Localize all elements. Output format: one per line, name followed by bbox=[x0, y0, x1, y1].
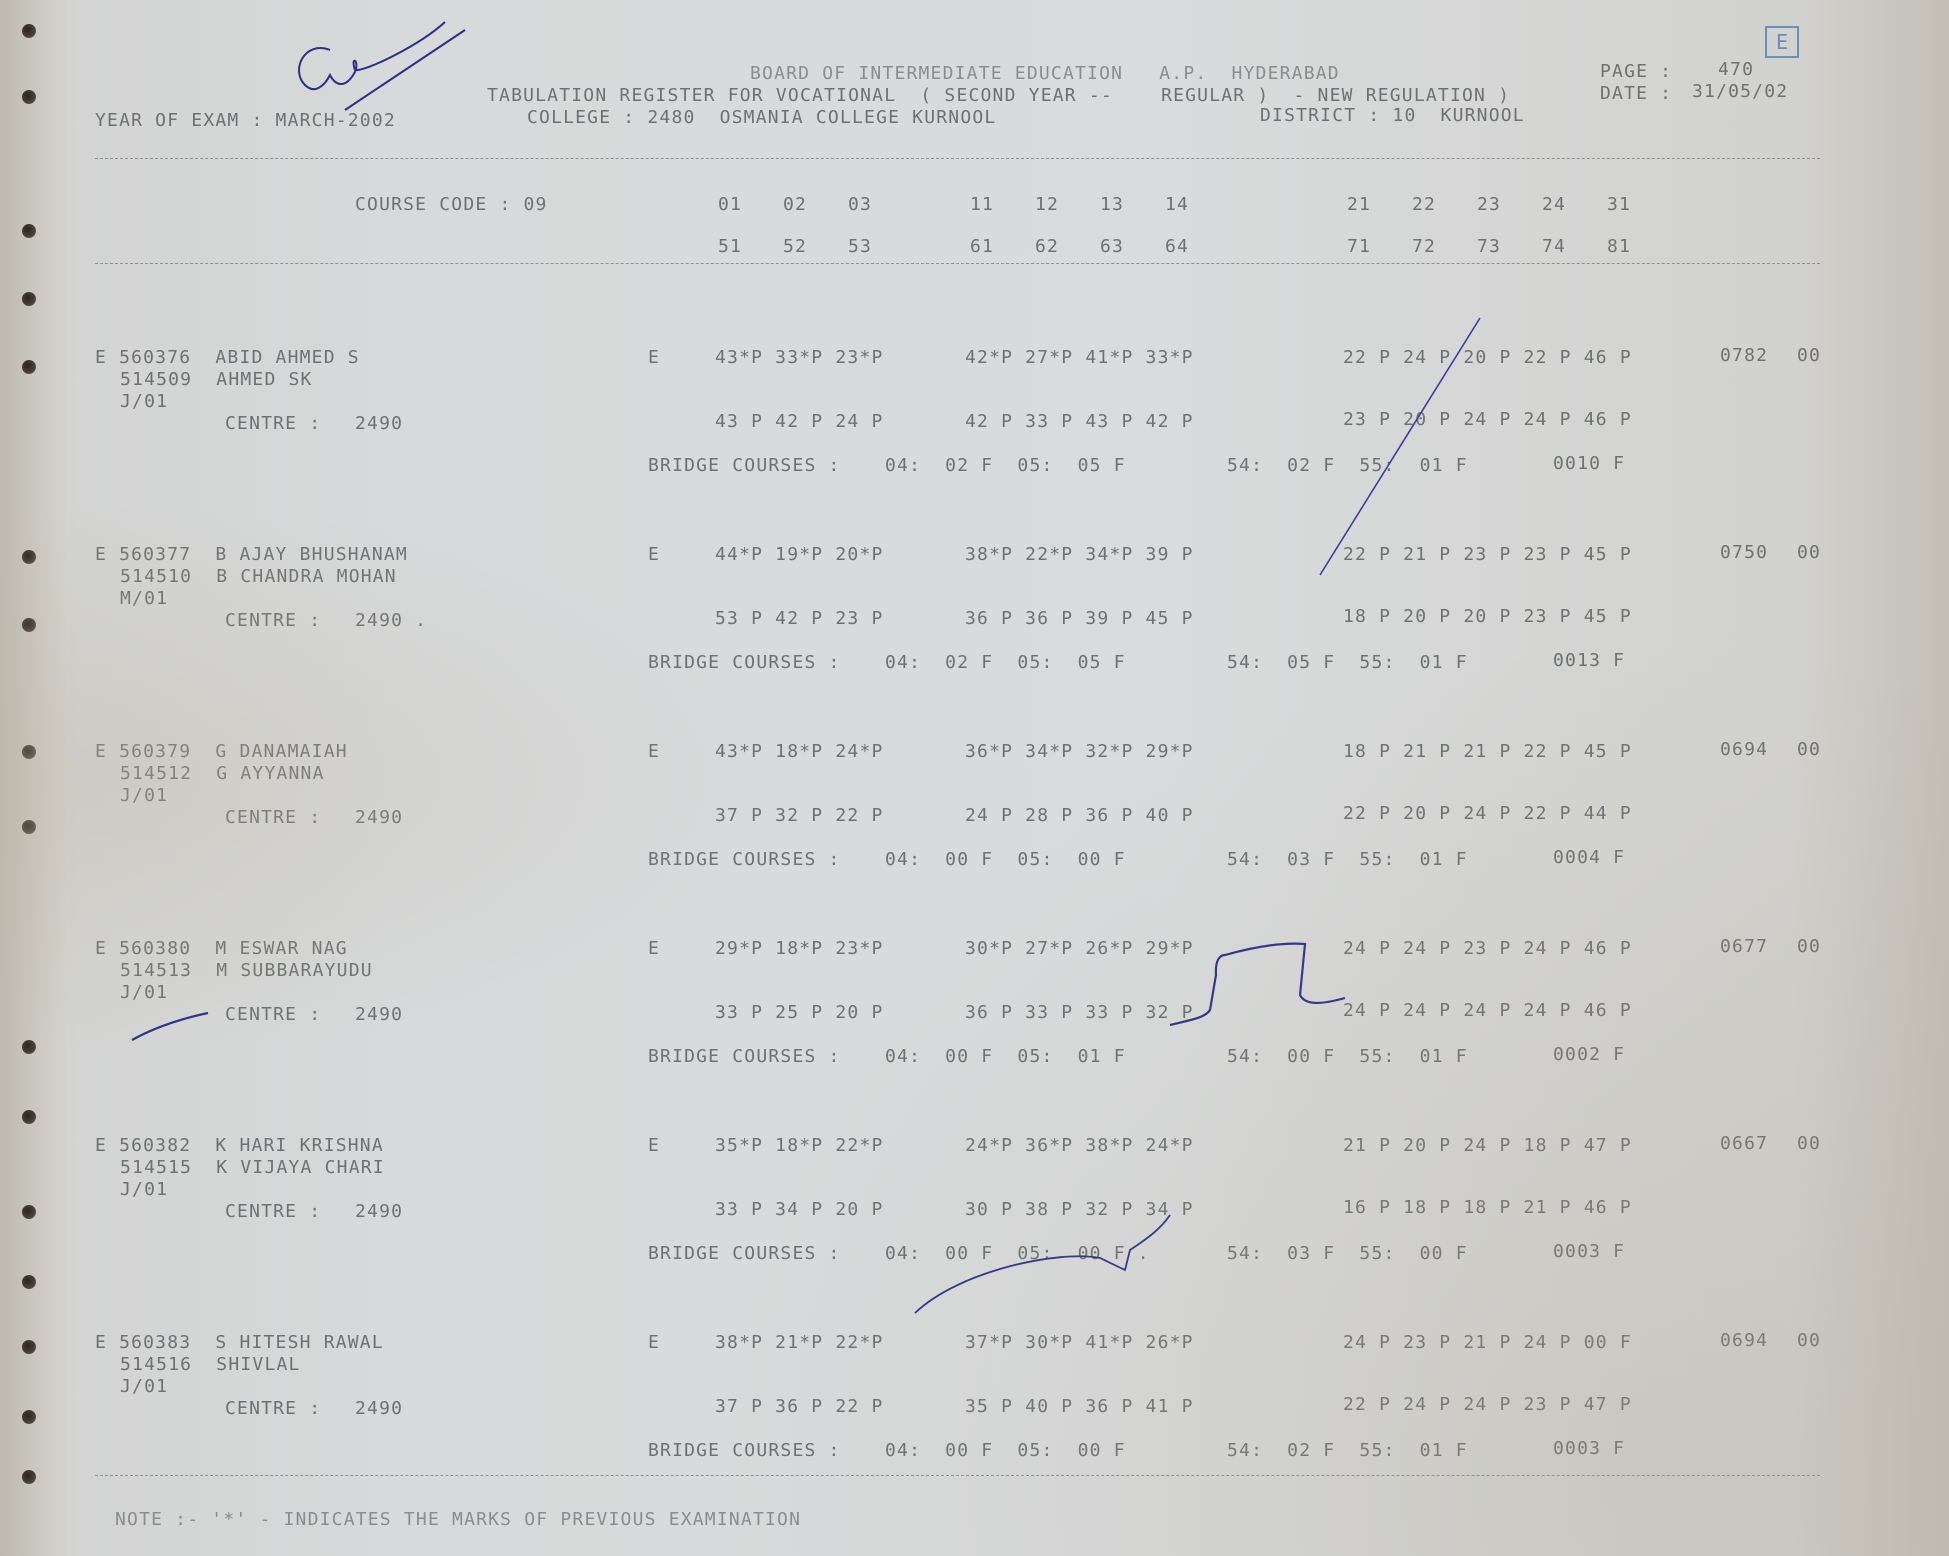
course-code-cell: 71 bbox=[1347, 237, 1371, 257]
student-roll-name: E 560379 G DANAMAIAH bbox=[95, 742, 348, 762]
marks-first-year-g1: 43*P 18*P 24*P bbox=[715, 742, 884, 762]
bridge-courses-a: 04: 02 F 05: 05 F bbox=[885, 653, 1126, 673]
result-code: 00 bbox=[1797, 346, 1821, 366]
total-marks: 0694 bbox=[1720, 1331, 1768, 1351]
course-code-cell: 02 bbox=[783, 195, 807, 215]
student-roll-name: E 560377 B AJAY BHUSHANAM bbox=[95, 545, 408, 565]
student-regno-father: 514510 B CHANDRA MOHAN bbox=[120, 567, 397, 587]
course-code-cell: 72 bbox=[1412, 237, 1436, 257]
total-marks: 0782 bbox=[1720, 346, 1768, 366]
punch-hole bbox=[22, 292, 36, 306]
page-number: 470 bbox=[1718, 60, 1754, 80]
bridge-courses-a: 04: 00 F 05: 00 F bbox=[885, 1441, 1126, 1461]
marks-second-year-g1: 43 P 42 P 24 P bbox=[715, 412, 884, 432]
board-title: BOARD OF INTERMEDIATE EDUCATION A.P. HYD… bbox=[750, 64, 1340, 84]
student-regno-father: 514516 SHIVLAL bbox=[120, 1355, 301, 1375]
page-label: PAGE : bbox=[1600, 62, 1672, 82]
bridge-courses-label: BRIDGE COURSES : bbox=[648, 456, 841, 476]
centre-code: 2490 bbox=[355, 1399, 403, 1419]
centre-code: 2490 bbox=[355, 414, 403, 434]
punch-hole bbox=[22, 1275, 36, 1289]
centre-label: CENTRE : bbox=[225, 1005, 321, 1025]
marks-first-year-g2: 36*P 34*P 32*P 29*P bbox=[965, 742, 1194, 762]
marks-second-year-g2: 30 P 38 P 32 P 34 P bbox=[965, 1200, 1194, 1220]
student-roll-name: E 560376 ABID AHMED S bbox=[95, 348, 360, 368]
centre-code: 2490 bbox=[355, 808, 403, 828]
punch-hole bbox=[22, 1410, 36, 1424]
centre-label: CENTRE : bbox=[225, 1399, 321, 1419]
result-code: 00 bbox=[1797, 543, 1821, 563]
course-code-cell: 73 bbox=[1477, 237, 1501, 257]
bridge-courses-label: BRIDGE COURSES : bbox=[648, 653, 841, 673]
marks-first-year-g1: 29*P 18*P 23*P bbox=[715, 939, 884, 959]
punch-hole bbox=[22, 745, 36, 759]
exam-flag: E bbox=[648, 348, 660, 368]
course-code-cell: 14 bbox=[1165, 195, 1189, 215]
divider bbox=[95, 263, 1820, 264]
course-code-cell: 13 bbox=[1100, 195, 1124, 215]
exam-flag: E bbox=[648, 1333, 660, 1353]
marks-first-year-g3: 18 P 21 P 21 P 22 P 45 P bbox=[1343, 742, 1632, 762]
bridge-total: 0010 F bbox=[1553, 454, 1625, 474]
bridge-courses-a: 04: 00 F 05: 00 F bbox=[885, 850, 1126, 870]
course-code-cell: 61 bbox=[970, 237, 994, 257]
course-code-cell: 62 bbox=[1035, 237, 1059, 257]
marks-first-year-g3: 22 P 21 P 23 P 23 P 45 P bbox=[1343, 545, 1632, 565]
course-code-cell: 12 bbox=[1035, 195, 1059, 215]
student-roll-name: E 560380 M ESWAR NAG bbox=[95, 939, 348, 959]
bridge-courses-b: 54: 03 F 55: 00 F bbox=[1227, 1244, 1468, 1264]
course-code-cell: 22 bbox=[1412, 195, 1436, 215]
bridge-total: 0004 F bbox=[1553, 848, 1625, 868]
marks-first-year-g3: 24 P 23 P 21 P 24 P 00 F bbox=[1343, 1333, 1632, 1353]
corner-tag: E bbox=[1765, 26, 1799, 58]
student-regno-father: 514512 G AYYANNA bbox=[120, 764, 325, 784]
punch-hole bbox=[22, 1340, 36, 1354]
total-marks: 0694 bbox=[1720, 740, 1768, 760]
punch-hole bbox=[22, 550, 36, 564]
marks-second-year-g3: 23 P 20 P 24 P 24 P 46 P bbox=[1343, 410, 1632, 430]
student-group: J/01 bbox=[120, 786, 168, 806]
marks-first-year-g2: 42*P 27*P 41*P 33*P bbox=[965, 348, 1194, 368]
total-marks: 0750 bbox=[1720, 543, 1768, 563]
marks-second-year-g1: 37 P 32 P 22 P bbox=[715, 806, 884, 826]
marks-first-year-g3: 24 P 24 P 23 P 24 P 46 P bbox=[1343, 939, 1632, 959]
total-marks: 0667 bbox=[1720, 1134, 1768, 1154]
exam-flag: E bbox=[648, 939, 660, 959]
course-code-cell: 21 bbox=[1347, 195, 1371, 215]
course-code-cell: 23 bbox=[1477, 195, 1501, 215]
marks-first-year-g1: 38*P 21*P 22*P bbox=[715, 1333, 884, 1353]
bridge-courses-b: 54: 05 F 55: 01 F bbox=[1227, 653, 1468, 673]
student-group: J/01 bbox=[120, 392, 168, 412]
course-code-cell: 52 bbox=[783, 237, 807, 257]
bridge-courses-a: 04: 02 F 05: 05 F bbox=[885, 456, 1126, 476]
course-code-cell: 11 bbox=[970, 195, 994, 215]
punch-hole bbox=[22, 1040, 36, 1054]
centre-label: CENTRE : bbox=[225, 808, 321, 828]
course-code-cell: 03 bbox=[848, 195, 872, 215]
marks-second-year-g3: 22 P 24 P 24 P 23 P 47 P bbox=[1343, 1395, 1632, 1415]
course-code: COURSE CODE : 09 bbox=[355, 195, 548, 215]
course-code-cell: 24 bbox=[1542, 195, 1566, 215]
marks-first-year-g3: 22 P 24 P 20 P 22 P 46 P bbox=[1343, 348, 1632, 368]
district-info: DISTRICT : 10 KURNOOL bbox=[1260, 106, 1525, 126]
bridge-total: 0002 F bbox=[1553, 1045, 1625, 1065]
marks-second-year-g2: 35 P 40 P 36 P 41 P bbox=[965, 1397, 1194, 1417]
footer-note: NOTE :- '*' - INDICATES THE MARKS OF PRE… bbox=[115, 1510, 801, 1530]
student-group: J/01 bbox=[120, 1377, 168, 1397]
tabulation-register-sheet: E BOARD OF INTERMEDIATE EDUCATION A.P. H… bbox=[0, 0, 1949, 1556]
punch-hole bbox=[22, 90, 36, 104]
course-code-cell: 63 bbox=[1100, 237, 1124, 257]
course-code-cell: 31 bbox=[1607, 195, 1631, 215]
centre-code: 2490 bbox=[355, 1005, 403, 1025]
centre-label: CENTRE : bbox=[225, 414, 321, 434]
student-regno-father: 514515 K VIJAYA CHARI bbox=[120, 1158, 385, 1178]
marks-first-year-g1: 44*P 19*P 20*P bbox=[715, 545, 884, 565]
course-code-cell: 53 bbox=[848, 237, 872, 257]
marks-second-year-g1: 53 P 42 P 23 P bbox=[715, 609, 884, 629]
bridge-courses-label: BRIDGE COURSES : bbox=[648, 850, 841, 870]
register-title: TABULATION REGISTER FOR VOCATIONAL ( SEC… bbox=[487, 86, 1510, 106]
centre-code: 2490 . bbox=[355, 611, 427, 631]
punch-hole bbox=[22, 1205, 36, 1219]
student-regno-father: 514509 AHMED SK bbox=[120, 370, 313, 390]
student-regno-father: 514513 M SUBBARAYUDU bbox=[120, 961, 373, 981]
bridge-courses-a: 04: 00 F 05: 00 F . bbox=[885, 1244, 1150, 1264]
marks-first-year-g1: 35*P 18*P 22*P bbox=[715, 1136, 884, 1156]
divider bbox=[95, 1475, 1820, 1476]
centre-label: CENTRE : bbox=[225, 611, 321, 631]
student-group: J/01 bbox=[120, 1180, 168, 1200]
date-value: 31/05/02 bbox=[1692, 82, 1788, 102]
punch-hole bbox=[22, 224, 36, 238]
marks-second-year-g1: 37 P 36 P 22 P bbox=[715, 1397, 884, 1417]
course-code-cell: 51 bbox=[718, 237, 742, 257]
bridge-total: 0003 F bbox=[1553, 1242, 1625, 1262]
centre-label: CENTRE : bbox=[225, 1202, 321, 1222]
result-code: 00 bbox=[1797, 1134, 1821, 1154]
marks-first-year-g3: 21 P 20 P 24 P 18 P 47 P bbox=[1343, 1136, 1632, 1156]
punch-hole bbox=[22, 618, 36, 632]
student-roll-name: E 560382 K HARI KRISHNA bbox=[95, 1136, 384, 1156]
course-code-cell: 74 bbox=[1542, 237, 1566, 257]
year-of-exam: YEAR OF EXAM : MARCH-2002 bbox=[95, 111, 396, 131]
marks-second-year-g3: 22 P 20 P 24 P 22 P 44 P bbox=[1343, 804, 1632, 824]
marks-first-year-g2: 38*P 22*P 34*P 39 P bbox=[965, 545, 1194, 565]
date-label: DATE : bbox=[1600, 84, 1672, 104]
marks-second-year-g3: 24 P 24 P 24 P 24 P 46 P bbox=[1343, 1001, 1632, 1021]
result-code: 00 bbox=[1797, 937, 1821, 957]
centre-code: 2490 bbox=[355, 1202, 403, 1222]
punch-hole bbox=[22, 24, 36, 38]
course-code-cell: 64 bbox=[1165, 237, 1189, 257]
divider bbox=[95, 158, 1820, 159]
bridge-courses-label: BRIDGE COURSES : bbox=[648, 1244, 841, 1264]
marks-second-year-g1: 33 P 34 P 20 P bbox=[715, 1200, 884, 1220]
student-roll-name: E 560383 S HITESH RAWAL bbox=[95, 1333, 384, 1353]
marks-second-year-g3: 18 P 20 P 20 P 23 P 45 P bbox=[1343, 607, 1632, 627]
bridge-courses-b: 54: 02 F 55: 01 F bbox=[1227, 1441, 1468, 1461]
marks-second-year-g2: 36 P 33 P 33 P 32 P bbox=[965, 1003, 1194, 1023]
exam-flag: E bbox=[648, 545, 660, 565]
bridge-courses-a: 04: 00 F 05: 01 F bbox=[885, 1047, 1126, 1067]
bridge-total: 0013 F bbox=[1553, 651, 1625, 671]
total-marks: 0677 bbox=[1720, 937, 1768, 957]
result-code: 00 bbox=[1797, 1331, 1821, 1351]
bridge-courses-b: 54: 03 F 55: 01 F bbox=[1227, 850, 1468, 870]
punch-hole bbox=[22, 1110, 36, 1124]
exam-flag: E bbox=[648, 742, 660, 762]
student-group: M/01 bbox=[120, 589, 168, 609]
marks-second-year-g2: 42 P 33 P 43 P 42 P bbox=[965, 412, 1194, 432]
bridge-total: 0003 F bbox=[1553, 1439, 1625, 1459]
punch-hole bbox=[22, 820, 36, 834]
bridge-courses-b: 54: 00 F 55: 01 F bbox=[1227, 1047, 1468, 1067]
marks-first-year-g1: 43*P 33*P 23*P bbox=[715, 348, 884, 368]
bridge-courses-label: BRIDGE COURSES : bbox=[648, 1047, 841, 1067]
punch-hole bbox=[22, 1470, 36, 1484]
marks-first-year-g2: 24*P 36*P 38*P 24*P bbox=[965, 1136, 1194, 1156]
result-code: 00 bbox=[1797, 740, 1821, 760]
marks-second-year-g2: 36 P 36 P 39 P 45 P bbox=[965, 609, 1194, 629]
bridge-courses-b: 54: 02 F 55: 01 F bbox=[1227, 456, 1468, 476]
punch-hole bbox=[22, 360, 36, 374]
course-code-cell: 01 bbox=[718, 195, 742, 215]
marks-second-year-g2: 24 P 28 P 36 P 40 P bbox=[965, 806, 1194, 826]
marks-first-year-g2: 37*P 30*P 41*P 26*P bbox=[965, 1333, 1194, 1353]
marks-second-year-g3: 16 P 18 P 18 P 21 P 46 P bbox=[1343, 1198, 1632, 1218]
student-group: J/01 bbox=[120, 983, 168, 1003]
signature-icon bbox=[299, 22, 445, 89]
college-info: COLLEGE : 2480 OSMANIA COLLEGE KURNOOL bbox=[527, 108, 996, 128]
marks-first-year-g2: 30*P 27*P 26*P 29*P bbox=[965, 939, 1194, 959]
marks-second-year-g1: 33 P 25 P 20 P bbox=[715, 1003, 884, 1023]
exam-flag: E bbox=[648, 1136, 660, 1156]
course-code-cell: 81 bbox=[1607, 237, 1631, 257]
bridge-courses-label: BRIDGE COURSES : bbox=[648, 1441, 841, 1461]
